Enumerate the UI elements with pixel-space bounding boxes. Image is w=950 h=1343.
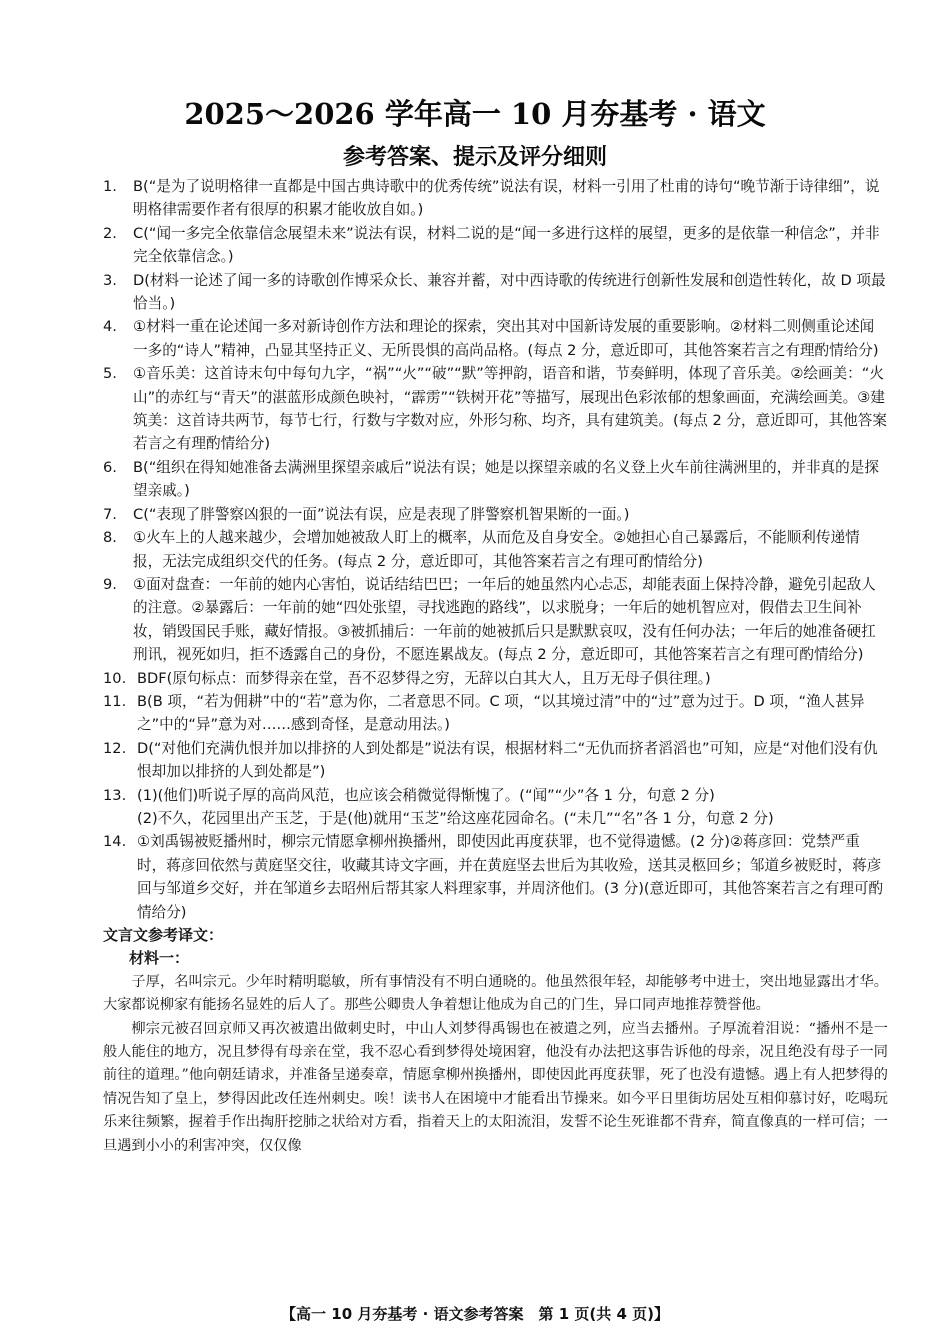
answer-number: 5. bbox=[103, 362, 133, 385]
answer-text: C(“闻一多完全依靠信念展望未来”说法有误，材料二说的是“闻一多进行这样的展望，… bbox=[133, 225, 880, 265]
answer-text: D(材料一论述了闻一多的诗歌创作博采众长、兼容并蓄，对中西诗歌的传统进行创新性发… bbox=[133, 272, 886, 312]
page-footer: 【高一 10 月夯基考 · 语文参考答案 第 1 页(共 4 页)】 bbox=[0, 1303, 950, 1324]
answer-item-6: 6. B(“组织在得知她准备去满洲里探望亲戚后”说法有误；她是以探望亲戚的名义登… bbox=[103, 456, 888, 503]
answer-number: 14. bbox=[103, 830, 137, 853]
answer-text: B(“是为了说明格律一直都是中国古典诗歌中的优秀传统”说法有误，材料一引用了杜甫… bbox=[133, 178, 879, 218]
answer-number: 12. bbox=[103, 737, 137, 760]
translation-section-title: 文言文参考译文： bbox=[103, 924, 888, 947]
translation-paragraph: 柳宗元被召回京师又再次被遣出做刺史时，中山人刘梦得禹锡也在被遣之列，应当去播州。… bbox=[103, 1018, 888, 1158]
answer-text: ①材料一重在论述闻一多对新诗创作方法和理论的探索，突出其对中国新诗发展的重要影响… bbox=[133, 318, 879, 358]
answer-item-1: 1. B(“是为了说明格律一直都是中国古典诗歌中的优秀传统”说法有误，材料一引用… bbox=[103, 175, 888, 222]
answer-item-9: 9. ①面对盘查：一年前的她内心害怕，说话结结巴巴；一年后的她虽然内心忐忑，却能… bbox=[103, 573, 888, 667]
answer-number: 6. bbox=[103, 456, 133, 479]
answer-list: 1. B(“是为了说明格律一直都是中国古典诗歌中的优秀传统”说法有误，材料一引用… bbox=[103, 175, 888, 1158]
answer-text: ①面对盘查：一年前的她内心害怕，说话结结巴巴；一年后的她虽然内心忐忑，却能表面上… bbox=[133, 576, 876, 663]
answer-number: 3. bbox=[103, 269, 133, 292]
answer-item-5: 5. ①音乐美：这首诗末句中每句九字，“祸”“火”“破”“默”等押韵，语音和谐，… bbox=[103, 362, 888, 456]
answer-item-7: 7. C(“表现了胖警察凶狠的一面”说法有误，应是表现了胖警察机智果断的一面。) bbox=[103, 503, 888, 526]
document-title: 2025～2026 学年高一 10 月夯基考 · 语文 bbox=[0, 92, 950, 133]
answer-text: ①音乐美：这首诗末句中每句九字，“祸”“火”“破”“默”等押韵，语音和谐，节奏鲜… bbox=[133, 365, 887, 452]
answer-text: B(B 项，“若为佣耕”中的“若”意为你，二者意思不同。C 项，“以其境过清”中… bbox=[137, 693, 864, 733]
answer-item-10: 10. BDF(原句标点：而梦得亲在堂，吾不忍梦得之穷，无辞以白其大人，且万无母… bbox=[103, 667, 888, 690]
answer-item-12: 12. D(“对他们充满仇恨并加以排挤的人到处都是”说法有误，根据材料二“无仇而… bbox=[103, 737, 888, 784]
material-title: 材料一： bbox=[103, 947, 888, 970]
answer-text: D(“对他们充满仇恨并加以排挤的人到处都是”说法有误，根据材料二“无仇而挤者滔滔… bbox=[137, 740, 878, 780]
answer-item-2: 2. C(“闻一多完全依靠信念展望未来”说法有误，材料二说的是“闻一多进行这样的… bbox=[103, 222, 888, 269]
answer-text: ①火车上的人越来越少，会增加她被敌人盯上的概率，从而危及自身安全。②她担心自己暴… bbox=[133, 529, 860, 569]
answer-text: C(“表现了胖警察凶狠的一面”说法有误，应是表现了胖警察机智果断的一面。) bbox=[133, 506, 629, 523]
answer-number: 11. bbox=[103, 690, 137, 713]
translation-paragraph: 子厚，名叫宗元。少年时精明聪敏，所有事情没有不明白通晓的。他虽然很年轻，却能够考… bbox=[103, 971, 888, 1018]
answer-item-4: 4. ①材料一重在论述闻一多对新诗创作方法和理论的探索，突出其对中国新诗发展的重… bbox=[103, 315, 888, 362]
answer-item-3: 3. D(材料一论述了闻一多的诗歌创作博采众长、兼容并蓄，对中西诗歌的传统进行创… bbox=[103, 269, 888, 316]
answer-item-8: 8. ①火车上的人越来越少，会增加她被敌人盯上的概率，从而危及自身安全。②她担心… bbox=[103, 526, 888, 573]
answer-item-11: 11. B(B 项，“若为佣耕”中的“若”意为你，二者意思不同。C 项，“以其境… bbox=[103, 690, 888, 737]
answer-text: BDF(原句标点：而梦得亲在堂，吾不忍梦得之穷，无辞以白其大人，且万无母子俱往理… bbox=[137, 670, 711, 687]
answer-number: 10. bbox=[103, 667, 137, 690]
answer-number: 9. bbox=[103, 573, 133, 596]
answer-text: (1)(他们)听说子厚的高尚风范，也应该会稍微觉得惭愧了。(“闻”“少”各 1 … bbox=[137, 787, 715, 804]
translation-body: 子厚，名叫宗元。少年时精明聪敏，所有事情没有不明白通晓的。他虽然很年轻，却能够考… bbox=[103, 971, 888, 1158]
answer-number: 7. bbox=[103, 503, 133, 526]
answer-number: 4. bbox=[103, 315, 133, 338]
answer-item-14: 14. ①刘禹锡被贬播州时，柳宗元情愿拿柳州换播州，即使因此再度获罪，也不觉得遗… bbox=[103, 830, 888, 924]
answer-number: 1. bbox=[103, 175, 133, 198]
answer-text: B(“组织在得知她准备去满洲里探望亲戚后”说法有误；她是以探望亲戚的名义登上火车… bbox=[133, 459, 879, 499]
document-subtitle: 参考答案、提示及评分细则 bbox=[0, 140, 950, 171]
answer-number: 8. bbox=[103, 526, 133, 549]
answer-text: ①刘禹锡被贬播州时，柳宗元情愿拿柳州换播州，即使因此再度获罪，也不觉得遗憾。(2… bbox=[137, 833, 883, 920]
answer-number: 13. bbox=[103, 784, 137, 807]
answer-subitem: (2)不久，花园里出产玉芝，于是(他)就用“玉芝”给这座花园命名。(“未几”“名… bbox=[137, 807, 888, 830]
answer-number: 2. bbox=[103, 222, 133, 245]
answer-item-13: 13. (1)(他们)听说子厚的高尚风范，也应该会稍微觉得惭愧了。(“闻”“少”… bbox=[103, 784, 888, 831]
